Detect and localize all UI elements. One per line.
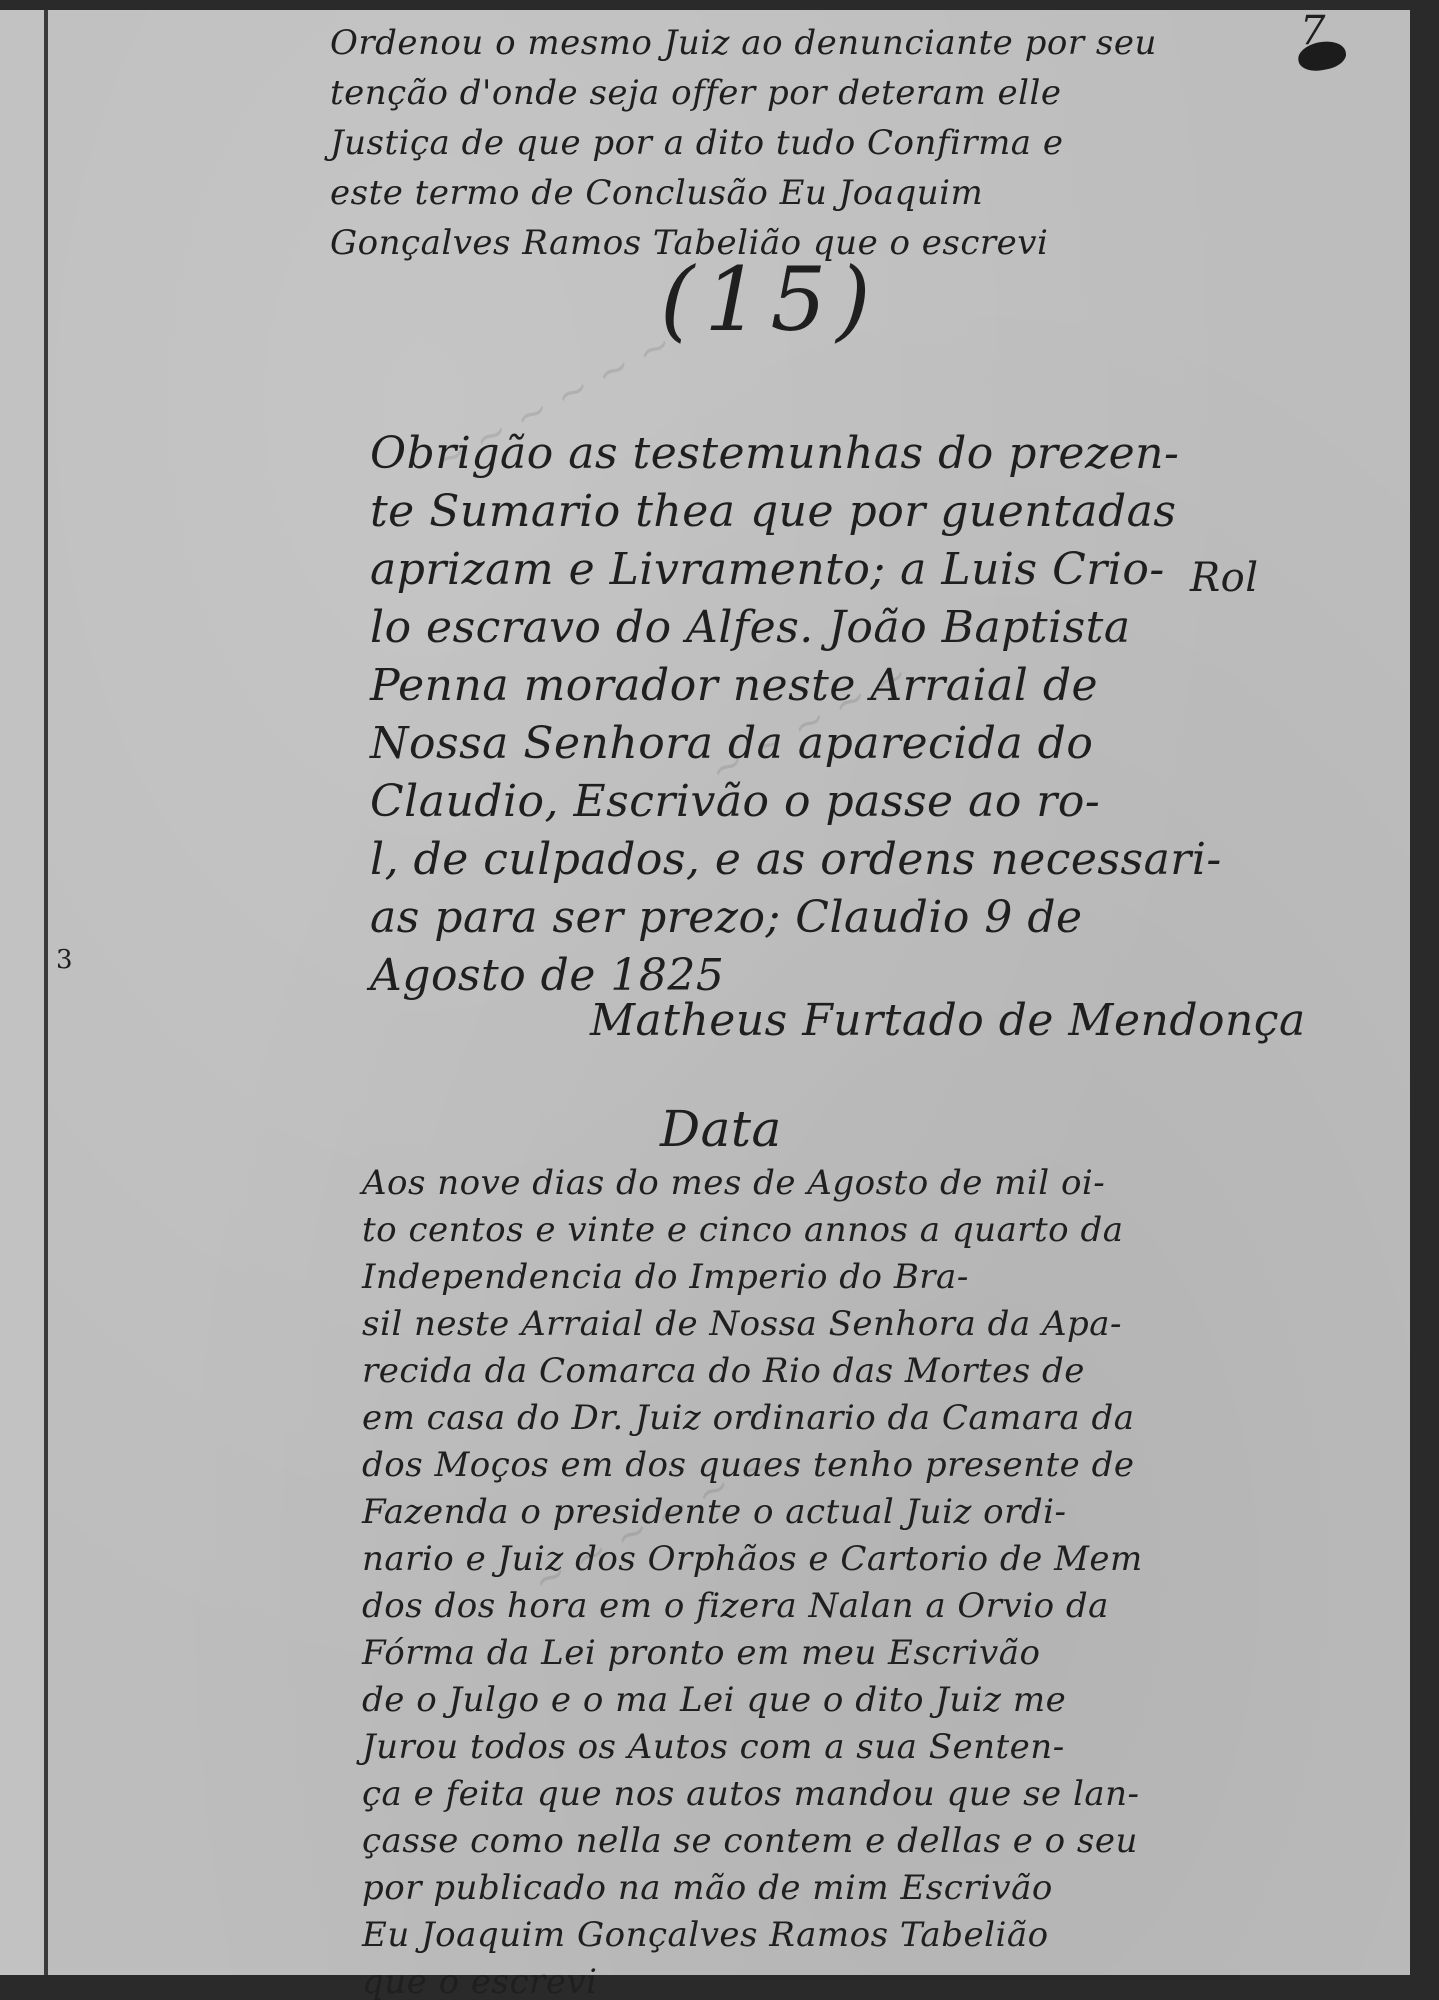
text-line: Obrigão as testemunhas do prezen-: [370, 425, 1150, 483]
text-line: nario e Juiz dos Orphãos e Cartorio de M…: [362, 1536, 1162, 1583]
text-line: por publicado na mão de mim Escrivão: [362, 1865, 1162, 1912]
text-line: este termo de Conclusão Eu Joaquim: [330, 168, 1170, 218]
top-text-block: Ordenou o mesmo Juiz ao denunciante por …: [330, 18, 1170, 268]
main-text-block: Obrigão as testemunhas do prezen- te Sum…: [370, 425, 1150, 1005]
text-line: tenção d'onde seja offer por deteram ell…: [330, 68, 1170, 118]
text-line: Fazenda o presidente o actual Juiz ordi-: [362, 1489, 1162, 1536]
lower-text-block: Aos nove dias do mes de Agosto de mil oi…: [362, 1160, 1162, 2000]
binding-gutter-line: [44, 10, 48, 1975]
text-line: dos dos hora em o fizera Nalan a Orvio d…: [362, 1583, 1162, 1630]
text-line: Claudio, Escrivão o passe ao ro-: [370, 773, 1150, 831]
text-line: recida da Comarca do Rio das Mortes de: [362, 1348, 1162, 1395]
text-line: l, de culpados, e as ordens necessari-: [370, 831, 1150, 889]
text-line: çasse como nella se contem e dellas e o …: [362, 1818, 1162, 1865]
text-line: aprizam e Livramento; a Luis Crio-: [370, 541, 1150, 599]
signature: Matheus Furtado de Mendonça: [590, 995, 1306, 1046]
text-line: Penna morador neste Arraial de: [370, 657, 1150, 715]
facing-page-edge: [0, 10, 44, 1975]
text-line: Fórma da Lei pronto em meu Escrivão: [362, 1630, 1162, 1677]
text-line: que o escrevi: [362, 1959, 1162, 2000]
left-margin-mark: 3: [56, 945, 73, 975]
text-line: lo escravo do Alfes. João Baptista: [370, 599, 1150, 657]
text-line: Nossa Senhora da aparecida do: [370, 715, 1150, 773]
section-subheading: Data: [660, 1100, 782, 1158]
text-line: Jurou todos os Autos com a sua Senten-: [362, 1724, 1162, 1771]
text-line: ça e feita que nos autos mandou que se l…: [362, 1771, 1162, 1818]
text-line: te Sumario thea que por guentadas: [370, 483, 1150, 541]
text-line: Justiça de que por a dito tudo Confirma …: [330, 118, 1170, 168]
text-line: to centos e vinte e cinco annos a quarto…: [362, 1207, 1162, 1254]
text-line: Aos nove dias do mes de Agosto de mil oi…: [362, 1160, 1162, 1207]
text-line: de o Julgo e o ma Lei que o dito Juiz me: [362, 1677, 1162, 1724]
text-line: Independencia do Imperio do Bra-: [362, 1254, 1162, 1301]
margin-note: Rol: [1190, 555, 1259, 601]
text-line: Ordenou o mesmo Juiz ao denunciante por …: [330, 18, 1170, 68]
text-line: em casa do Dr. Juiz ordinario da Camara …: [362, 1395, 1162, 1442]
text-line: Eu Joaquim Gonçalves Ramos Tabelião: [362, 1912, 1162, 1959]
text-line: dos Moços em dos quaes tenho presente de: [362, 1442, 1162, 1489]
text-line: as para ser prezo; Claudio 9 de: [370, 889, 1150, 947]
text-line: sil neste Arraial de Nossa Senhora da Ap…: [362, 1301, 1162, 1348]
section-number-heading: (15): [660, 248, 881, 351]
